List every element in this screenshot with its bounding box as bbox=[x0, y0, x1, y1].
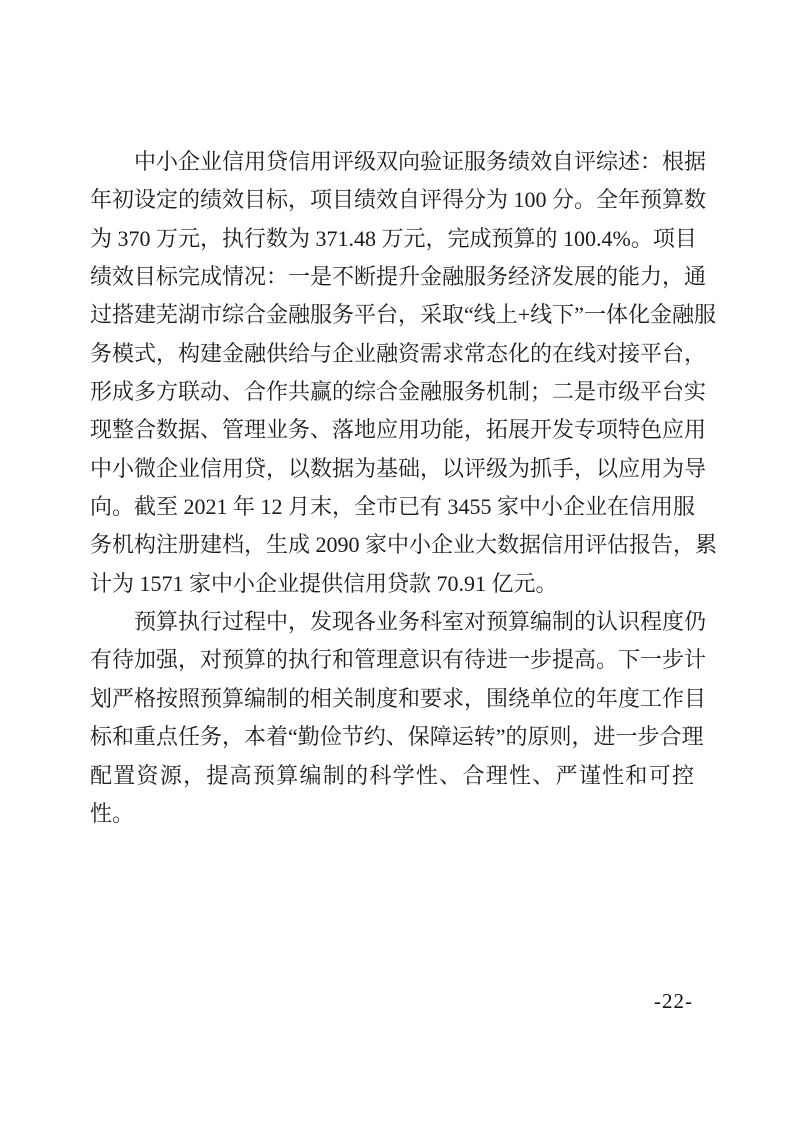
paragraph-performance-summary: 中小企业信用贷信用评级双向验证服务绩效自评综述：根据年初设定的绩效目标，项目绩效… bbox=[90, 143, 694, 603]
text-line: 为 370 万元，执行数为 371.48 万元，完成预算的 100.4%。项目 bbox=[90, 220, 694, 258]
paragraph-budget-execution: 预算执行过程中，发现各业务科室对预算编制的认识程度仍有待加强，对预算的执行和管理… bbox=[90, 603, 694, 795]
text-line: 标和重点任务，本着“勤俭节约、保障运转”的原则，进一步合理 bbox=[90, 718, 694, 756]
text-line: 计为 1571 家中小企业提供信用贷款 70.91 亿元。 bbox=[90, 565, 694, 603]
text-line: 预算执行过程中，发现各业务科室对预算编制的认识程度仍 bbox=[90, 603, 694, 641]
text-line: 中小微企业信用贷，以数据为基础，以评级为抓手，以应用为导 bbox=[90, 450, 694, 488]
text-line: 绩效目标完成情况：一是不断提升金融服务经济发展的能力，通 bbox=[90, 258, 694, 296]
text-line: 有待加强，对预算的执行和管理意识有待进一步提高。下一步计 bbox=[90, 641, 694, 679]
text-line: 务机构注册建档，生成 2090 家中小企业大数据信用评估报告，累 bbox=[90, 526, 694, 564]
page-number: -22- bbox=[654, 988, 693, 1014]
text-line: 年初设定的绩效目标，项目绩效自评得分为 100 分。全年预算数 bbox=[90, 181, 694, 219]
text-line: 向。截至 2021 年 12 月末，全市已有 3455 家中小企业在信用服 bbox=[90, 488, 694, 526]
document-page: 中小企业信用贷信用评级双向验证服务绩效自评综述：根据年初设定的绩效目标，项目绩效… bbox=[0, 0, 793, 1122]
text-line: 形成多方联动、合作共赢的综合金融服务机制；二是市级平台实 bbox=[90, 373, 694, 411]
text-line: 过搭建芜湖市综合金融服务平台，采取“线上+线下”一体化金融服 bbox=[90, 296, 694, 334]
document-body: 中小企业信用贷信用评级双向验证服务绩效自评综述：根据年初设定的绩效目标，项目绩效… bbox=[90, 143, 694, 795]
text-line: 中小企业信用贷信用评级双向验证服务绩效自评综述：根据 bbox=[90, 143, 694, 181]
text-line: 配置资源，提高预算编制的科学性、合理性、严谨性和可控性。 bbox=[90, 757, 694, 795]
text-line: 务模式，构建金融供给与企业融资需求常态化的在线对接平台， bbox=[90, 335, 694, 373]
text-line: 现整合数据、管理业务、落地应用功能，拓展开发专项特色应用 bbox=[90, 411, 694, 449]
text-line: 划严格按照预算编制的相关制度和要求，围绕单位的年度工作目 bbox=[90, 680, 694, 718]
